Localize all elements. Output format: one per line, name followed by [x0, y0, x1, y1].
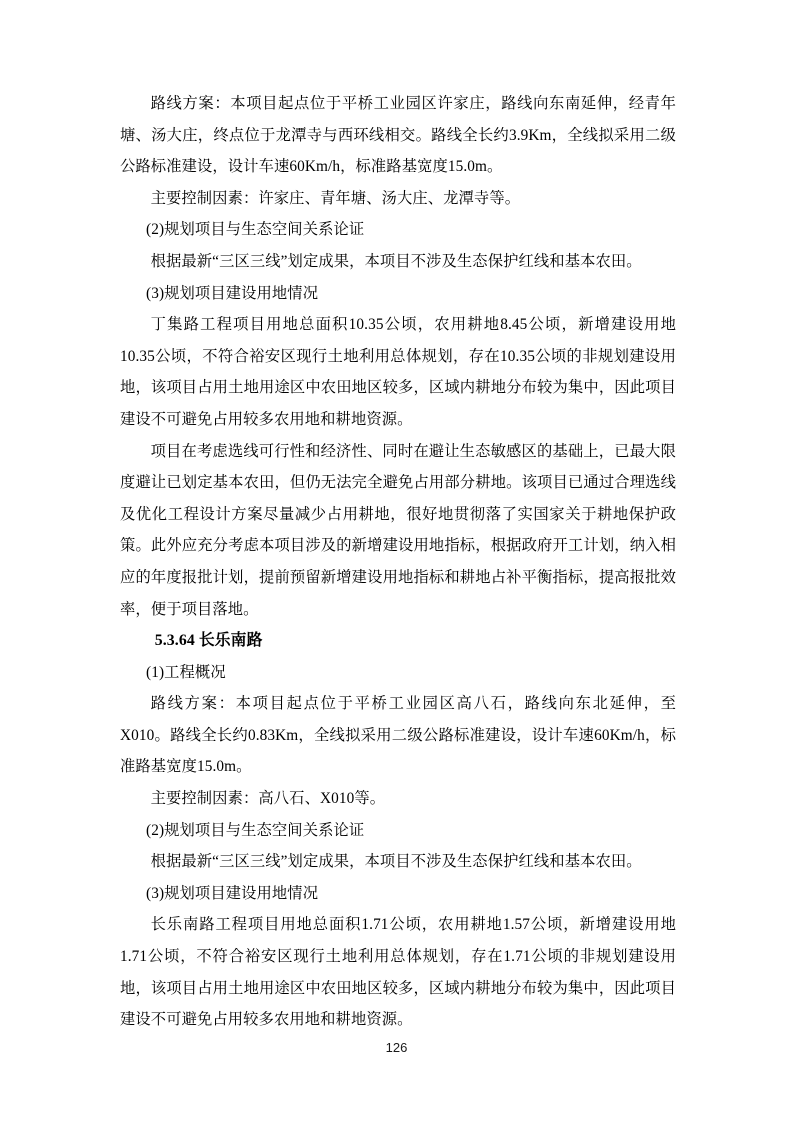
- body-paragraph: 主要控制因素：许家庄、青年塘、汤大庄、龙潭寺等。: [120, 183, 676, 215]
- clause-item: (2)规划项目与生态空间关系论证: [120, 815, 676, 847]
- document-page: 路线方案：本项目起点位于平桥工业园区许家庄，路线向东南延伸，经青年塘、汤大庄，终…: [0, 0, 793, 1122]
- clause-item: (3)规划项目建设用地情况: [120, 878, 676, 910]
- section-heading: 5.3.64 长乐南路: [120, 625, 676, 657]
- body-paragraph: 根据最新“三区三线”划定成果，本项目不涉及生态保护红线和基本农田。: [120, 846, 676, 878]
- page-number: 126: [0, 1040, 793, 1056]
- body-paragraph: 丁集路工程项目用地总面积10.35公顷，农用耕地8.45公顷，新增建设用地10.…: [120, 309, 676, 435]
- body-paragraph: 路线方案：本项目起点位于平桥工业园区高八石，路线向东北延伸，至X010。路线全长…: [120, 688, 676, 783]
- body-paragraph: 路线方案：本项目起点位于平桥工业园区许家庄，路线向东南延伸，经青年塘、汤大庄，终…: [120, 88, 676, 183]
- body-paragraph: 根据最新“三区三线”划定成果，本项目不涉及生态保护红线和基本农田。: [120, 246, 676, 278]
- clause-item: (2)规划项目与生态空间关系论证: [120, 214, 676, 246]
- clause-item: (1)工程概况: [120, 657, 676, 689]
- body-paragraph: 主要控制因素：高八石、X010等。: [120, 783, 676, 815]
- body-paragraph: 长乐南路工程项目用地总面积1.71公顷，农用耕地1.57公顷，新增建设用地1.7…: [120, 909, 676, 1035]
- body-paragraph: 项目在考虑选线可行性和经济性、同时在避让生态敏感区的基础上，已最大限度避让已划定…: [120, 436, 676, 626]
- clause-item: (3)规划项目建设用地情况: [120, 278, 676, 310]
- document-body: 路线方案：本项目起点位于平桥工业园区许家庄，路线向东南延伸，经青年塘、汤大庄，终…: [120, 88, 676, 1036]
